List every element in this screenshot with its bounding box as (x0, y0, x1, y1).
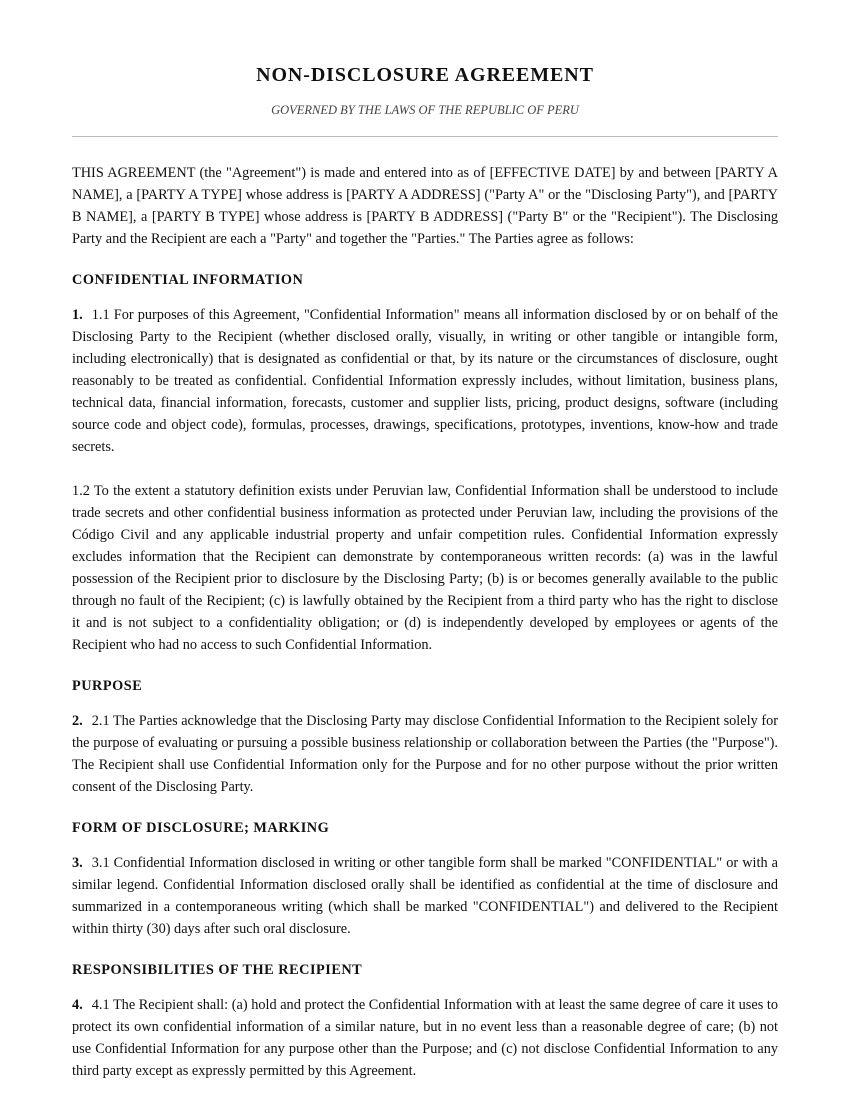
clause-text: 4.1 The Recipient shall: (a) hold and pr… (72, 997, 778, 1079)
section-heading: RESPONSIBILITIES OF THE RECIPIENT (72, 959, 778, 981)
clause-paragraph: 1.2 To the extent a statutory definition… (72, 480, 778, 656)
section-responsibilities-of-recipient: RESPONSIBILITIES OF THE RECIPIENT 4.4.1 … (72, 959, 778, 1082)
document-title: NON-DISCLOSURE AGREEMENT (72, 0, 778, 88)
section-heading: FORM OF DISCLOSURE; MARKING (72, 817, 778, 839)
clause-paragraph: 2.2.1 The Parties acknowledge that the D… (72, 710, 778, 798)
document-page: NON-DISCLOSURE AGREEMENT GOVERNED BY THE… (0, 0, 850, 1100)
clause-number: 1. (72, 307, 83, 323)
intro-paragraph: THIS AGREEMENT (the "Agreement") is made… (72, 162, 778, 250)
clause-number: 4. (72, 997, 83, 1013)
section-heading: PURPOSE (72, 675, 778, 697)
section-heading: CONFIDENTIAL INFORMATION (72, 269, 778, 291)
clause-text: 2.1 The Parties acknowledge that the Dis… (72, 713, 778, 795)
clause-text: 3.1 Confidential Information disclosed i… (72, 855, 778, 937)
clause-text: 1.1 For purposes of this Agreement, "Con… (72, 307, 778, 455)
clause-paragraph: 1.1.1 For purposes of this Agreement, "C… (72, 304, 778, 458)
document-subtitle: GOVERNED BY THE LAWS OF THE REPUBLIC OF … (72, 102, 778, 118)
header-divider (72, 136, 778, 137)
clause-paragraph: 3.3.1 Confidential Information disclosed… (72, 852, 778, 940)
section-confidential-information: CONFIDENTIAL INFORMATION 1.1.1 For purpo… (72, 269, 778, 656)
section-purpose: PURPOSE 2.2.1 The Parties acknowledge th… (72, 675, 778, 798)
clause-paragraph: 4.4.1 The Recipient shall: (a) hold and … (72, 994, 778, 1082)
clause-number: 2. (72, 713, 83, 729)
section-form-of-disclosure: FORM OF DISCLOSURE; MARKING 3.3.1 Confid… (72, 817, 778, 940)
clause-number: 3. (72, 855, 83, 871)
